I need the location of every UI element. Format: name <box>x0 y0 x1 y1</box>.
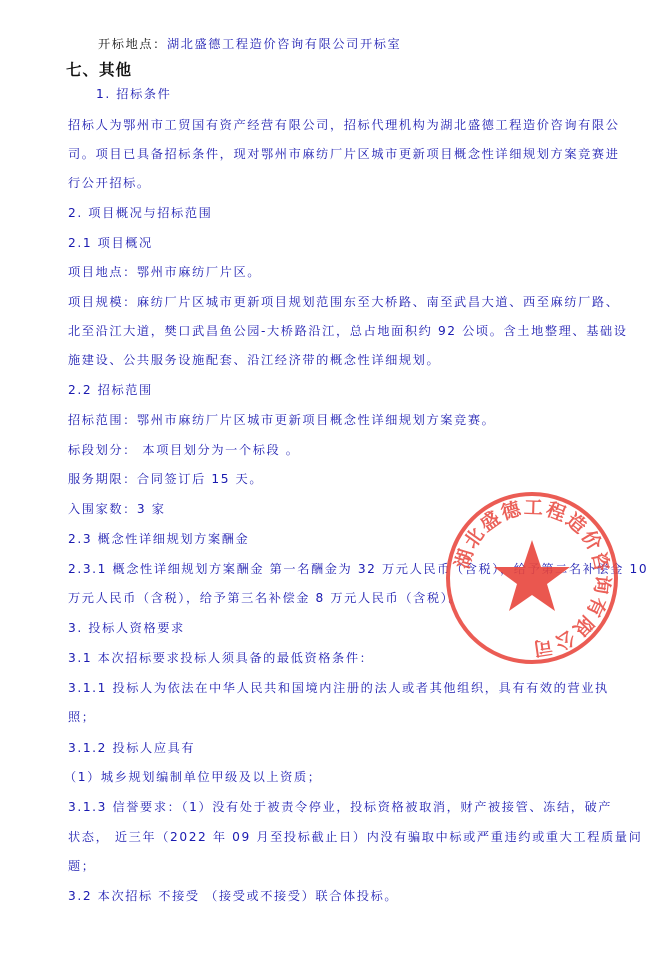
open-location-line: 开标地点：湖北盛德工程造价咨询有限公司开标室 <box>98 36 401 52</box>
section-heading: 七、其他 <box>66 58 132 80</box>
paragraph-line: 题； <box>68 858 96 874</box>
document-page: 开标地点：湖北盛德工程造价咨询有限公司开标室 七、其他 1. 招标条件 招标人为… <box>0 0 670 958</box>
qualification-3-1-3: 3.1.3 信誉要求：（1）没有处于被责令停业，投标资格被取消，财产被接管、冻结… <box>68 799 612 815</box>
min-qualifications: 3.1 本次招标要求投标人须具备的最低资格条件： <box>68 650 373 666</box>
subsection-overview-scope: 2. 项目概况与招标范围 <box>68 205 212 221</box>
subsection-bid-scope: 2.2 招标范围 <box>68 382 153 398</box>
subsection-qualifications: 3. 投标人资格要求 <box>68 620 185 636</box>
qualification-3-1-1: 3.1.1 投标人为依法在中华人民共和国境内注册的法人或者其他组织，具有有效的营… <box>68 680 609 696</box>
lot-division: 标段划分： 本项目划分为一个标段 。 <box>68 442 300 458</box>
shortlist-count: 入围家数：3 家 <box>68 501 166 517</box>
svg-text:湖北盛德工程造价咨询有限公司: 湖北盛德工程造价咨询有限公司 <box>450 496 614 659</box>
subsection-bid-conditions: 1. 招标条件 <box>96 86 171 102</box>
paragraph-line: 招标人为鄂州市工贸国有资产经营有限公司，招标代理机构为湖北盛德工程造价咨询有限公 <box>68 117 620 133</box>
paragraph-line: 施建设、公共服务设施配套、沿江经济带的概念性详细规划。 <box>68 352 440 368</box>
open-location-value: 湖北盛德工程造价咨询有限公司开标室 <box>167 37 401 51</box>
subsection-project-overview: 2.1 项目概况 <box>68 235 153 251</box>
paragraph-line: 万元人民币（含税），给予第三名补偿金 8 万元人民币（含税）。 <box>68 590 462 606</box>
project-location: 项目地点：鄂州市麻纺厂片区。 <box>68 264 261 280</box>
consortium-bidding: 3.2 本次招标 不接受 （接受或不接受）联合体投标。 <box>68 888 398 904</box>
paragraph-line: 行公开招标。 <box>68 175 151 191</box>
paragraph-line: 司。项目已具备招标条件，现对鄂州市麻纺厂片区城市更新项目概念性详细规划方案竞赛进 <box>68 146 620 162</box>
project-scale: 项目规模：麻纺厂片区城市更新项目规划范围东至大桥路、南至武昌大道、西至麻纺厂路、 <box>68 294 620 310</box>
subsection-remuneration: 2.3 概念性详细规划方案酬金 <box>68 531 249 547</box>
paragraph-line: 照； <box>68 709 96 725</box>
qualification-3-1-2: 3.1.2 投标人应具有 <box>68 740 195 756</box>
qualification-grade: （1）城乡规划编制单位甲级及以上资质； <box>64 769 322 785</box>
remuneration-detail: 2.3.1 概念性详细规划方案酬金 第一名酬金为 32 万元人民币（含税），给予… <box>68 561 648 577</box>
service-period: 服务期限：合同签订后 15 天。 <box>68 471 263 487</box>
seal-text: 湖北盛德工程造价咨询有限公司 <box>450 496 614 659</box>
bid-scope: 招标范围：鄂州市麻纺厂片区城市更新项目概念性详细规划方案竞赛。 <box>68 412 495 428</box>
company-seal-stamp: 湖北盛德工程造价咨询有限公司 <box>444 490 620 666</box>
paragraph-line: 状态， 近三年（2022 年 09 月至投标截止日）内没有骗取中标或严重违约或重… <box>68 829 642 845</box>
open-location-label: 开标地点： <box>98 37 167 51</box>
paragraph-line: 北至沿江大道，樊口武昌鱼公园-大桥路沿江，总占地面积约 92 公顷。含土地整理、… <box>68 323 628 339</box>
